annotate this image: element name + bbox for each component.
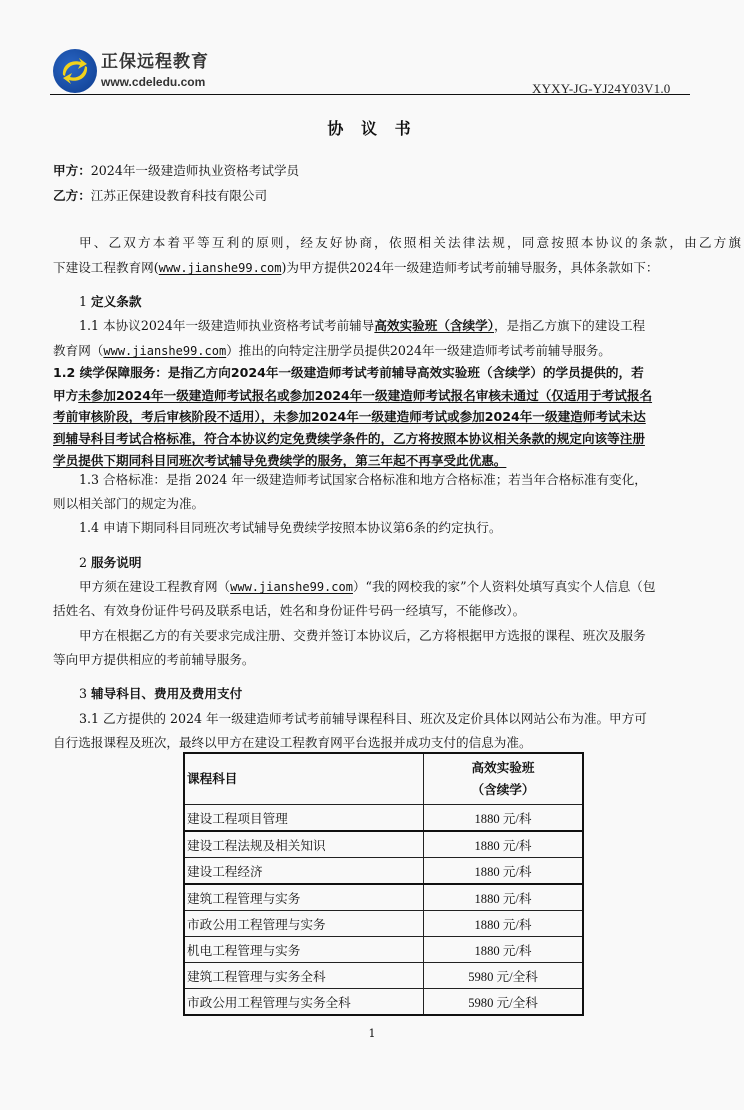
clause-text: ）“我的网校我的家”个人资料处填写真实个人信息（包 (353, 579, 656, 594)
clause-1-1-line-2: 教育网（www.jianshe99.com）推出的向特定注册学员提供2024年一… (53, 342, 715, 360)
subject-cell: 市政公用工程管理与实务 (184, 911, 424, 937)
clause-1-4: 1.4 申请下期同科目同班次考试辅导免费续学按照本协议第6条的约定执行。 (53, 519, 741, 537)
table-header-row: 课程科目 高效实验班 （含续学） (184, 753, 583, 805)
table-row: 市政公用工程管理与实务 1880 元/科 (184, 911, 583, 937)
table-row: 机电工程管理与实务 1880 元/科 (184, 937, 583, 963)
party-b: 乙方：江苏正保建设教育科技有限公司 (53, 187, 715, 205)
clause-3-1-line-2: 自行选报课程及班次，最终以甲方在建设工程教育网平台选报并成功支付的信息为准。 (53, 734, 715, 752)
agreement-page: 正保远程教育 www.cdeledu.com XYXY-JG-YJ24Y03V1… (0, 0, 744, 1110)
section-heading: 定义条款 (91, 294, 141, 309)
subject-cell: 建设工程项目管理 (184, 805, 424, 832)
price-cell: 1880 元/科 (424, 911, 584, 937)
fee-table: 课程科目 高效实验班 （含续学） 建设工程项目管理 1880 元/科 建设工程法… (183, 752, 584, 1016)
brand-name: 正保远程教育 (101, 52, 209, 72)
header-class-note: （含续学） (426, 779, 580, 801)
clause-text: 教育网（ (53, 343, 103, 358)
clause-1-3-line-2: 则以相关部门的规定为准。 (53, 495, 715, 513)
section-2-para-1-line-2: 括姓名、有效身份证件号码及联系电话，姓名和身份证件号码一经填写，不能修改）。 (53, 602, 715, 620)
section-1-heading: 1 定义条款 (53, 293, 741, 311)
section-number: 1 (79, 294, 87, 309)
clause-text: 甲方须在建设工程教育网（ (79, 579, 230, 594)
cdeledu-logo-icon (53, 49, 97, 93)
section-2-para-2-line-2: 等向甲方提供相应的考前辅导服务。 (53, 651, 715, 669)
section-3-heading: 3 辅导科目、费用及费用支付 (53, 685, 741, 703)
table-row: 建设工程经济 1880 元/科 (184, 858, 583, 885)
clause-1-2-line-2: 甲方未参加2024年一级建造师考试报名或参加2024年一级建造师考试报名审核未通… (53, 387, 715, 405)
header-subject: 课程科目 (184, 753, 424, 805)
table-row: 建筑工程管理与实务全科 5980 元/全科 (184, 963, 583, 989)
clause-1-2-line-3: 考前审核阶段，考后审核阶段不适用），未参加2024年一级建造师考试或参加2024… (53, 408, 715, 426)
price-cell: 1880 元/科 (424, 858, 584, 885)
price-cell: 1880 元/科 (424, 805, 584, 832)
party-a-value: 2024年一级建造师执业资格考试学员 (91, 163, 299, 178)
clause-1-3-line-1: 1.3 合格标准：是指 2024 年一级建造师考试国家合格标准和地方合格标准；若… (53, 471, 741, 489)
price-cell: 5980 元/全科 (424, 989, 584, 1016)
clause-1-1-line-1: 1.1 本协议2024年一级建造师执业资格考试考前辅导高效实验班（含续学），是指… (53, 317, 741, 335)
clause-1-2-line-1: 1.2 续学保障服务：是指乙方向2024年一级建造师考试考前辅导高效实验班（含续… (53, 364, 715, 382)
page-number: 1 (0, 1027, 744, 1040)
header-class-name: 高效实验班 (426, 757, 580, 779)
intro-text: 下建设工程教育网( (53, 260, 159, 275)
clause-text-underlined: 未参加2024年一级建造师考试报名或参加2024年一级建造师考试报名审核未通过（… (78, 388, 652, 403)
section-2-heading: 2 服务说明 (53, 554, 741, 572)
clause-1-2-line-4: 到辅导科目考试合格标准，符合本协议约定免费续学条件的，乙方将按照本协议相关条款的… (53, 430, 715, 448)
intro-line-1: 甲、乙双方本着平等互利的原则，经友好协商，依照相关法律法规，同意按照本协议的条款… (53, 234, 741, 252)
subject-cell: 建设工程经济 (184, 858, 424, 885)
table-row: 建设工程项目管理 1880 元/科 (184, 805, 583, 832)
subject-cell: 机电工程管理与实务 (184, 937, 424, 963)
table-row: 市政公用工程管理与实务全科 5980 元/全科 (184, 989, 583, 1016)
subject-cell: 建筑工程管理与实务全科 (184, 963, 424, 989)
subject-cell: 建筑工程管理与实务 (184, 884, 424, 911)
price-cell: 1880 元/科 (424, 831, 584, 858)
party-b-value: 江苏正保建设教育科技有限公司 (91, 188, 267, 203)
party-a: 甲方：2024年一级建造师执业资格考试学员 (53, 162, 715, 180)
header-divider (50, 94, 690, 95)
party-b-label: 乙方： (53, 188, 91, 203)
page-title: 协 议 书 (0, 116, 744, 139)
price-cell: 1880 元/科 (424, 884, 584, 911)
section-2-para-2-line-1: 甲方在根据乙方的有关要求完成注册、交费并签订本协议后，乙方将根据甲方选报的课程、… (53, 627, 741, 645)
clause-text: 1.1 本协议2024年一级建造师执业资格考试考前辅导 (79, 318, 374, 333)
section-heading: 服务说明 (91, 555, 141, 570)
table-row: 建设工程法规及相关知识 1880 元/科 (184, 831, 583, 858)
section-number: 2 (79, 555, 87, 570)
section-number: 3 (79, 686, 87, 701)
price-cell: 5980 元/全科 (424, 963, 584, 989)
jianshe99-link[interactable]: www.jianshe99.com (230, 580, 353, 594)
class-name-highlight: 高效实验班（含续学） (374, 318, 494, 333)
clause-3-1-line-1: 3.1 乙方提供的 2024 年一级建造师考试考前辅导课程科目、班次及定价具体以… (53, 710, 741, 728)
subject-cell: 市政公用工程管理与实务全科 (184, 989, 424, 1016)
section-heading: 辅导科目、费用及费用支付 (91, 686, 242, 701)
clause-text: 甲方 (53, 388, 78, 403)
intro-text: )为甲方提供2024年一级建造师考试考前辅导服务，具体条款如下： (282, 260, 659, 275)
intro-line-2: 下建设工程教育网(www.jianshe99.com)为甲方提供2024年一级建… (53, 259, 715, 277)
table-row: 建筑工程管理与实务 1880 元/科 (184, 884, 583, 911)
jianshe99-link[interactable]: www.jianshe99.com (103, 344, 226, 358)
clause-text: ）推出的向特定注册学员提供2024年一级建造师考试考前辅导服务。 (226, 343, 611, 358)
jianshe99-link[interactable]: www.jianshe99.com (159, 261, 282, 275)
clause-1-2-line-5: 学员提供下期同科目同班次考试辅导免费续学的服务，第三年起不再享受此优惠。 (53, 452, 715, 470)
subject-cell: 建设工程法规及相关知识 (184, 831, 424, 858)
brand-url: www.cdeledu.com (101, 75, 205, 89)
header-class: 高效实验班 （含续学） (424, 753, 584, 805)
price-cell: 1880 元/科 (424, 937, 584, 963)
section-2-para-1-line-1: 甲方须在建设工程教育网（www.jianshe99.com）“我的网校我的家”个… (53, 578, 741, 596)
party-a-label: 甲方： (53, 163, 91, 178)
clause-text: ，是指乙方旗下的建设工程 (494, 318, 645, 333)
